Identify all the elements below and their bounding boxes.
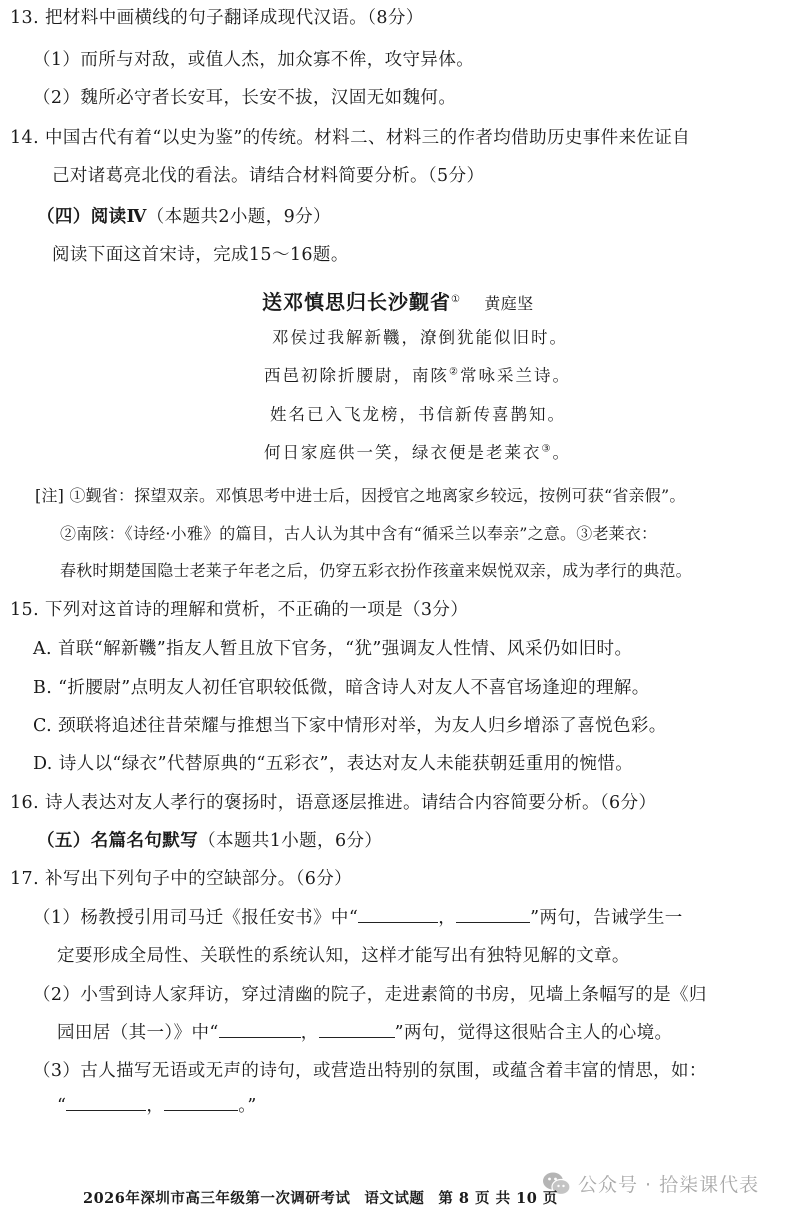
question-16-stem: 16. 诗人表达对友人孝行的褒扬时，语意逐层推进。请结合内容简要分析。（6分） [10,791,656,815]
question-14-line-1: 14. 中国古代有着“以史为鉴”的传统。材料二、材料三的作者均借助历史事件来佐证… [10,126,690,150]
notes-line-1: [注] ①觐省：探望双亲。邓慎思考中进士后，因授官之地离家乡较远，按例可获“省亲… [35,484,686,508]
fill-blank[interactable] [66,1096,146,1111]
notes-line-3: 春秋时期楚国隐士老莱子年老之后，仍穿五彩衣扮作孩童来娱悦双亲，成为孝行的典范。 [60,559,692,583]
question-15-option-d: D. 诗人以“绿衣”代替原典的“五彩衣”，表达对友人未能获朝廷重用的惋惜。 [33,752,633,776]
poem-line-4: 何日家庭供一笑，绿衣便是老莱衣③。 [264,441,571,465]
footnote-marker: ① [451,294,460,305]
fill-blank[interactable] [219,1023,301,1038]
section-4-detail: （本题共2小题，9分） [147,207,331,227]
section-5-heading: （五）名篇名句默写（本题共1小题，6分） [37,829,382,853]
item-text: ”两句，觉得这很贴合主人的心境。 [395,1023,673,1043]
page-number: 第 8 页 共 10 页 [438,1190,558,1207]
watermark: 公众号 · 拾柒课代表 [542,1170,759,1197]
question-17-item-1: （1）杨教授引用司马迁《报任安书》中“，”两句，告诫学生一 [33,906,683,930]
poem-line-text: 何日家庭供一笑，绿衣便是老莱衣 [264,443,542,462]
question-15-option-c: C. 颈联将追述往昔荣耀与推想当下家中情形对举，为友人归乡增添了喜悦色彩。 [33,714,667,738]
question-13-item-1: （1）而所与对敌，或值人杰，加众寡不侔，攻守异体。 [33,48,474,72]
question-17-item-3: （3）古人描写无语或无声的诗句，或营造出特别的氛围，或蕴含着丰富的情思，如： [33,1059,707,1083]
item-text: 。” [238,1096,257,1116]
question-15-option-a: A. 首联“解新鞿”指友人暂且放下官务，“犹”强调友人性情、风采仍如旧时。 [33,637,632,661]
poem-line-1: 邓侯过我解新鞿，潦倒犹能似旧时。 [272,326,568,350]
section-4-heading: （四）阅读Ⅳ（本题共2小题，9分） [37,205,331,229]
poem-line-3: 姓名已入飞龙榜，书信新传喜鹊知。 [270,403,566,427]
question-15-option-b: B. “折腰尉”点明友人初任官职较低微，暗含诗人对友人不喜官场逢迎的理解。 [33,676,650,700]
item-text: ”两句，告诫学生一 [530,908,683,928]
question-17-item-2: （2）小雪到诗人家拜访，穿过清幽的院子，走进素简的书房，见墙上条幅写的是《归 [33,983,707,1007]
question-15-stem: 15. 下列对这首诗的理解和赏析，不正确的一项是（3分） [10,598,468,622]
item-text: ， [438,908,456,928]
item-text: （1）杨教授引用司马迁《报任安书》中“ [33,908,358,928]
section-4-instruction: 阅读下面这首宋诗，完成15～16题。 [52,243,349,267]
poem-line-2: 西邑初除折腰尉，南陔②常咏采兰诗。 [264,364,571,388]
poem-title: 送邓慎思归长沙觐省 [262,290,451,314]
section-5-detail: （本题共1小题，6分） [198,831,382,851]
question-14-line-2: 己对诸葛亮北伐的看法。请结合材料简要分析。（5分） [52,164,484,188]
fill-blank[interactable] [319,1023,395,1038]
poem-line-text: 。 [552,443,571,462]
question-17-stem: 17. 补写出下列句子中的空缺部分。（6分） [10,867,352,891]
exam-name: 2026年深圳市高三年级第一次调研考试 [83,1190,350,1207]
fill-blank[interactable] [358,908,438,923]
fill-blank[interactable] [164,1096,238,1111]
item-text: ， [146,1096,164,1116]
item-text: “ [57,1096,66,1116]
section-4-title: （四）阅读Ⅳ [37,207,147,227]
poem-line-text: 西邑初除折腰尉，南陔 [264,366,449,385]
page-footer: 2026年深圳市高三年级第一次调研考试语文试题第 8 页 共 10 页 [83,1187,558,1208]
item-text: ， [301,1023,319,1043]
subject-name: 语文试题 [364,1190,424,1207]
question-17-item-1-cont: 定要形成全局性、关联性的系统认知，这样才能写出有独特见解的文章。 [57,944,630,968]
notes-line-2: ②南陔：《诗经·小雅》的篇目，古人认为其中含有“循采兰以奉亲”之意。③老莱衣： [60,522,657,546]
poem-title-line: 送邓慎思归长沙觐省①黄庭坚 [262,290,534,316]
question-13-item-2: （2）魏所必守者长安耳，长安不拔，汉固无如魏何。 [33,86,456,110]
poem-line-text: 常咏采兰诗。 [460,366,571,385]
watermark-text: 公众号 · 拾柒课代表 [578,1170,759,1197]
question-17-item-2-cont: 园田居（其一）》中“，”两句，觉得这很贴合主人的心境。 [57,1021,672,1045]
footnote-marker: ③ [542,444,553,455]
footnote-marker: ② [449,367,460,378]
section-5-title: （五）名篇名句默写 [37,831,198,851]
question-13-stem: 13. 把材料中画横线的句子翻译成现代汉语。（8分） [10,6,424,30]
poem-author: 黄庭坚 [484,294,533,313]
question-17-item-3-cont: “，。” [57,1094,257,1118]
item-text: 园田居（其一）》中“ [57,1023,219,1043]
fill-blank[interactable] [456,908,530,923]
